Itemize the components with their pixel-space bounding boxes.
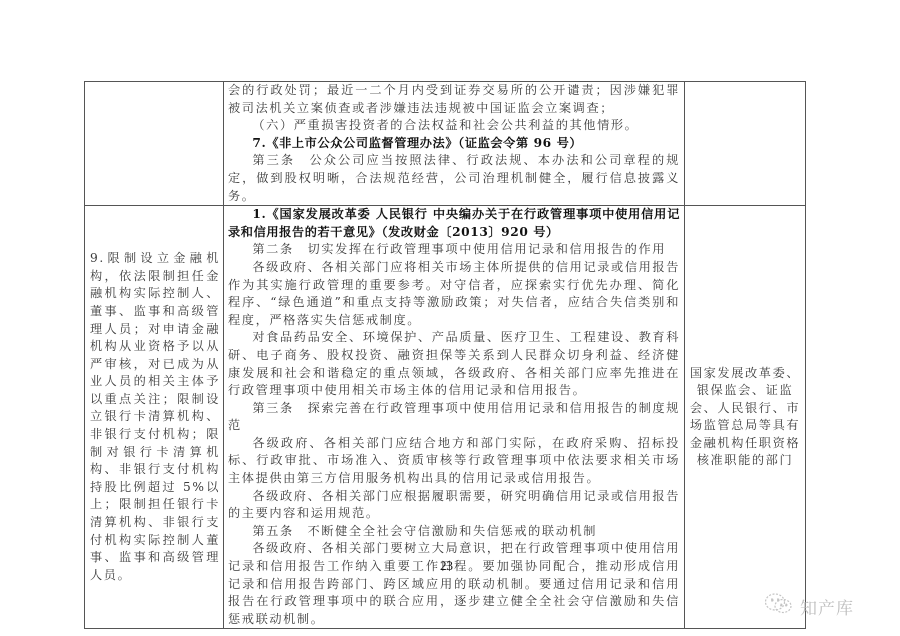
paragraph: （六）严重损害投资者的合法权益和社会公共利益的其他情形。 [228, 117, 680, 135]
watermark: 知产库 [764, 592, 854, 621]
legal-basis-cell: 1.《国家发展改革委 人民银行 中央编办关于在行政管理事项中使用信用记录和信用报… [224, 206, 685, 629]
department-text: 国家发展改革委、银保监会、证监会、人民银行、市场监管总局等具有金融机构任职资格核… [688, 365, 802, 471]
measure-cell [85, 82, 224, 206]
article-heading: 第五条 不断健全全社会守信激励和失信惩戒的联动机制 [228, 523, 680, 541]
department-cell: 国家发展改革委、银保监会、证监会、人民银行、市场监管总局等具有金融机构任职资格核… [685, 206, 806, 629]
page-number: 23 [440, 558, 453, 574]
watermark-text: 知产库 [800, 594, 854, 619]
measure-text: 9.限制设立金融机构，依法限制担任金融机构实际控制人、董事、监事和高级管理人员；… [90, 250, 220, 584]
paragraph: 各级政府、各相关部门应结合地方和部门实际，在政府采购、招标投标、行政审批、市场准… [228, 435, 680, 488]
measures-table: 会的行政处罚；最近一二个月内受到证券交易所的公开谴责；因涉嫌犯罪被司法机关立案侦… [84, 81, 806, 629]
regulation-title: 1.《国家发展改革委 人民银行 中央编办关于在行政管理事项中使用信用记录和信用报… [228, 206, 680, 241]
paragraph: 对食品药品安全、环境保护、产品质量、医疗卫生、工程建设、教育科研、电子商务、股权… [228, 329, 680, 399]
department-cell [685, 82, 806, 206]
paragraph: 第三条 公众公司应当按照法律、行政法规、本办法和公司章程的规定，做到股权明晰，合… [228, 152, 680, 205]
paragraph: 各级政府、各相关部门应将相关市场主体所提供的信用记录或信用报告作为其实施行政管理… [228, 259, 680, 329]
paragraph: 各级政府、各相关部门应根据履职需要，研究明确信用记录或信用报告的主要内容和运用规… [228, 488, 680, 523]
regulation-title: 7.《非上市公众公司监督管理办法》（证监会令第 96 号） [228, 135, 680, 153]
legal-basis-cell: 会的行政处罚；最近一二个月内受到证券交易所的公开谴责；因涉嫌犯罪被司法机关立案侦… [224, 82, 685, 206]
article-heading: 第三条 探索完善在行政管理事项中使用信用记录和信用报告的制度规范 [228, 400, 680, 435]
table-row: 会的行政处罚；最近一二个月内受到证券交易所的公开谴责；因涉嫌犯罪被司法机关立案侦… [85, 82, 806, 206]
paragraph: 会的行政处罚；最近一二个月内受到证券交易所的公开谴责；因涉嫌犯罪被司法机关立案侦… [228, 82, 680, 117]
paragraph: 各级政府、各相关部门要树立大局意识，把在行政管理事项中使用信用记录和信用报告工作… [228, 540, 680, 628]
wechat-icon [764, 592, 794, 621]
measure-cell: 9.限制设立金融机构，依法限制担任金融机构实际控制人、董事、监事和高级管理人员；… [85, 206, 224, 629]
document-page: 会的行政处罚；最近一二个月内受到证券交易所的公开谴责；因涉嫌犯罪被司法机关立案侦… [0, 0, 900, 636]
article-heading: 第二条 切实发挥在行政管理事项中使用信用记录和信用报告的作用 [228, 241, 680, 259]
